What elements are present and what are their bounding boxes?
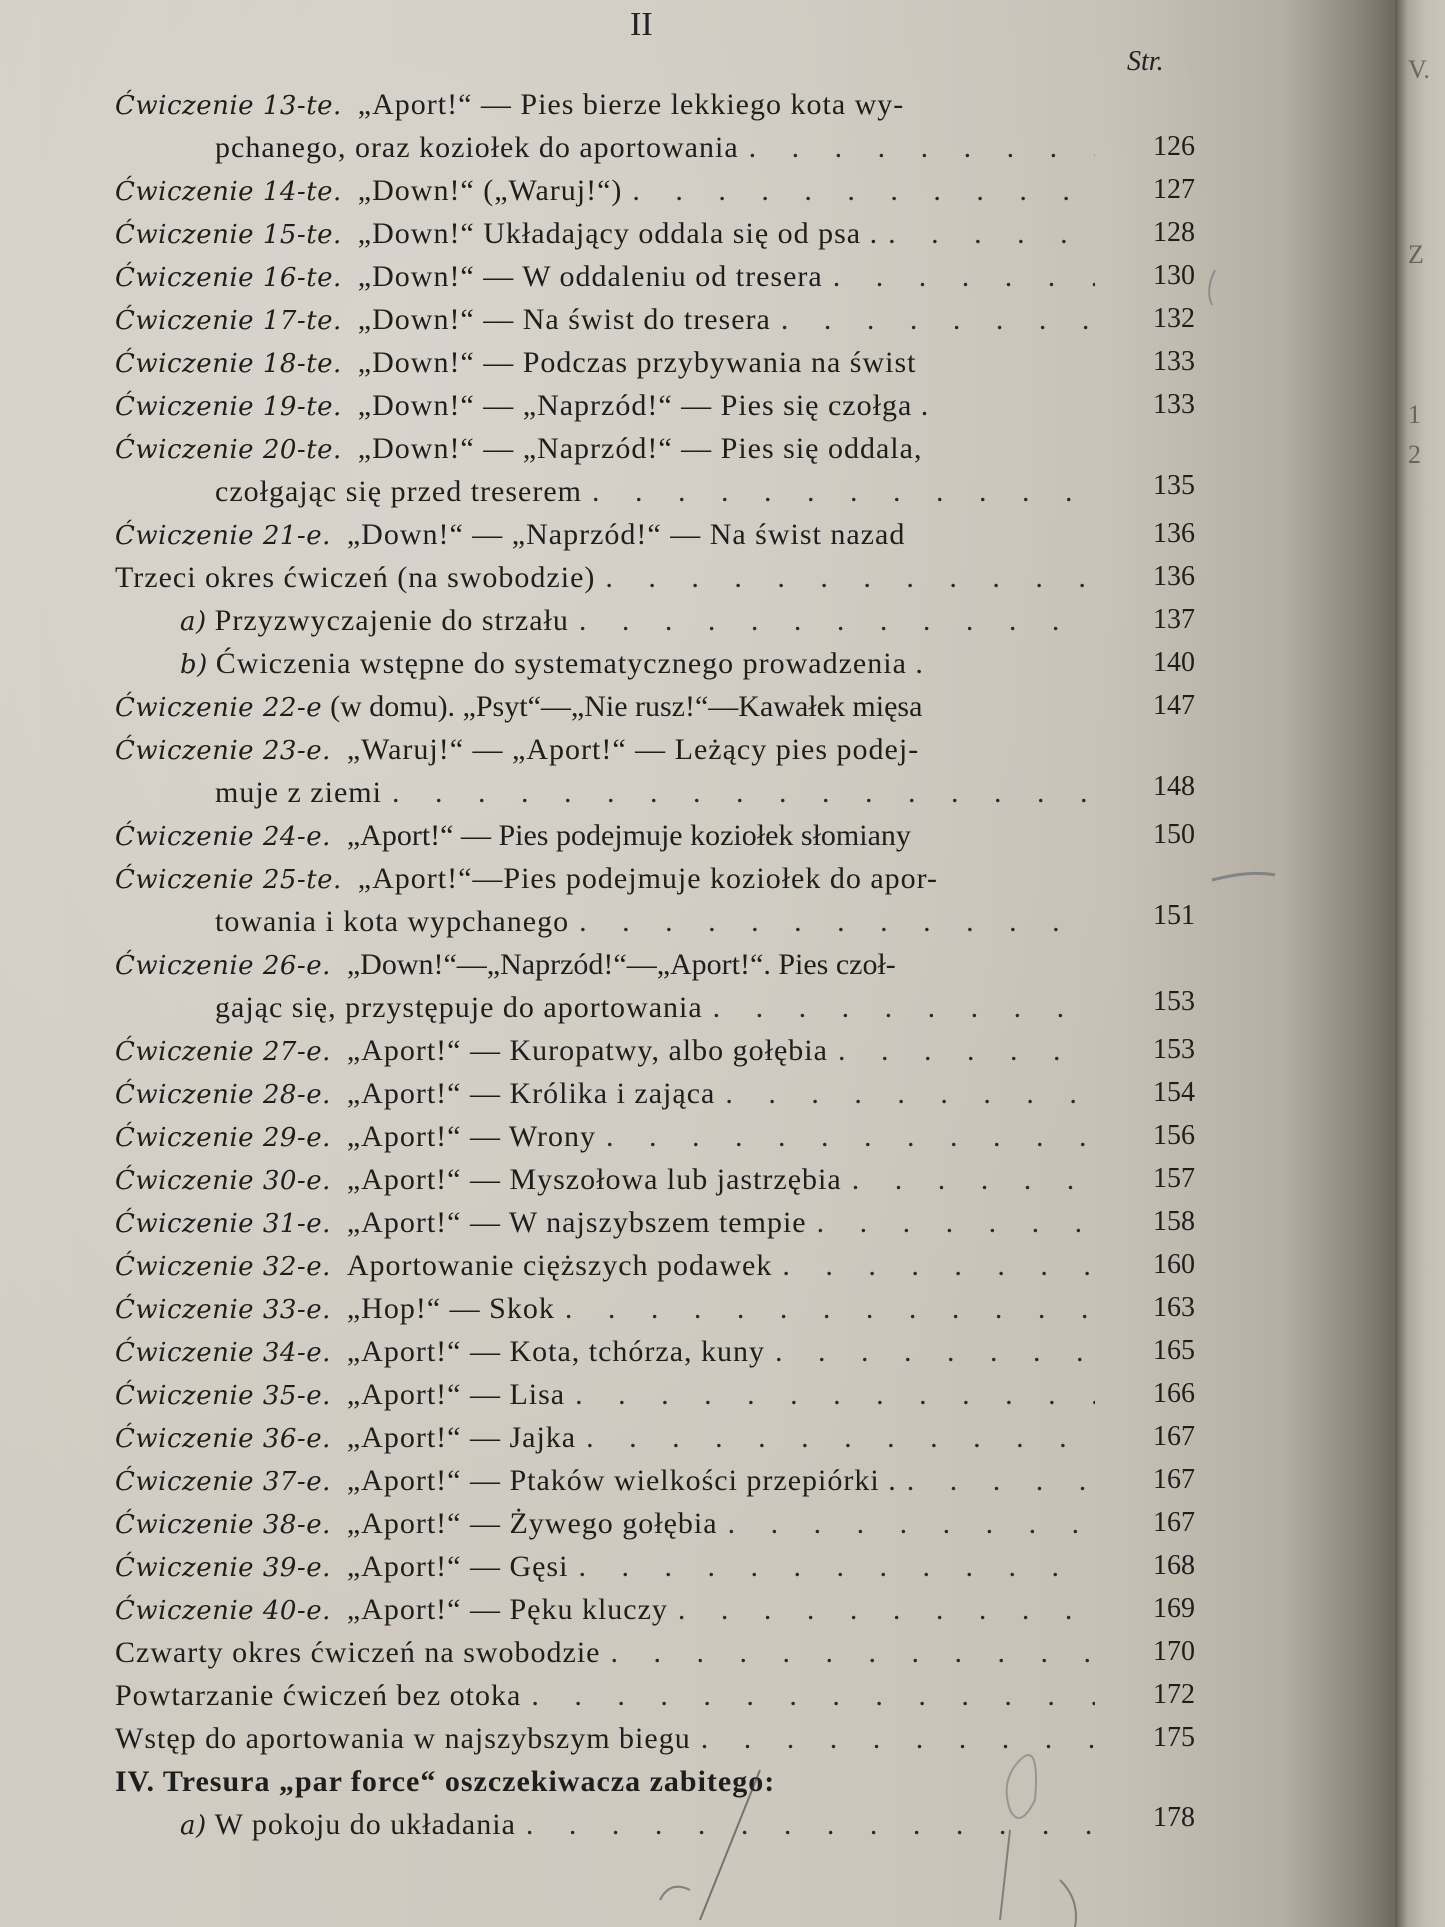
entry-title: „Aport!“ — Wrony: [347, 1120, 596, 1154]
toc-entry: IV. Tresura „par force“ oszczekiwacza za…: [115, 1765, 1200, 1808]
page-ref: 157: [1115, 1163, 1195, 1195]
dot-leader: [565, 1292, 1095, 1326]
dot-leader: [907, 1464, 1095, 1498]
chapter-title: IV. Tresura „par force“ oszczekiwacza za…: [115, 1765, 775, 1799]
entry-title: „Hop!“ — Skok: [347, 1292, 555, 1326]
exercise-label: Ćwiczenie 28-e.: [115, 1080, 331, 1110]
toc-entry: Ćwiczenie 40-e.„Aport!“ — Pęku kluczy 16…: [115, 1593, 1200, 1636]
entry-continuation: towania i kota wypchanego: [215, 905, 569, 939]
exercise-label: Ćwiczenie 37-e.: [115, 1467, 331, 1497]
entry-title: „Aport!“ — Królika i zająca: [347, 1077, 716, 1111]
page-ref: 136: [1115, 518, 1195, 550]
toc-entry: Ćwiczenie 28-e.„Aport!“ — Królika i zają…: [115, 1077, 1200, 1120]
dot-leader: [578, 1550, 1095, 1584]
toc-entry: Ćwiczenie 35-e.„Aport!“ — Lisa 166: [115, 1378, 1200, 1421]
page-ref: 148: [1115, 771, 1195, 803]
page-number-roman: II: [630, 6, 653, 44]
entry-title: „Down!“ — „Naprzód!“ — Pies się oddala,: [358, 432, 923, 466]
entry-title: „Down!“ — Na świst do tresera: [358, 303, 771, 337]
toc-entry: a)W pokoju do układania 178: [115, 1808, 1200, 1851]
page-ref: 169: [1115, 1593, 1195, 1625]
entry-title: „Aport!“ — Pęku kluczy: [347, 1593, 668, 1627]
entry-title: „Aport!“ — Jajka: [347, 1421, 576, 1455]
toc-entry: Ćwiczenie 39-e.„Aport!“ — Gęsi 168: [115, 1550, 1200, 1593]
dot-leader: [701, 1722, 1095, 1756]
page-ref: 127: [1115, 174, 1195, 206]
page-ref: 147: [1115, 690, 1195, 722]
toc-entry: Ćwiczenie 15-te.„Down!“ Układający oddal…: [115, 217, 1200, 260]
exercise-label: Ćwiczenie 26-e.: [115, 951, 331, 981]
dot-leader: [782, 1249, 1095, 1283]
toc-entry: Ćwiczenie 24-e.„Aport!“ — Pies podejmuje…: [115, 819, 1200, 862]
exercise-label: Ćwiczenie 33-e.: [115, 1295, 331, 1325]
entry-title: (w domu). „Psyt“—„Nie rusz!“—Kawałek mię…: [330, 690, 922, 724]
entry-title: „Aport!“ — Pies bierze lekkiego kota wy-: [358, 88, 905, 122]
entry-title: „Down!“ — W oddaleniu od tresera: [358, 260, 823, 294]
entry-title: „Aport!“ — Kuropatwy, albo gołębia: [347, 1034, 828, 1068]
page-ref: 163: [1115, 1292, 1195, 1324]
toc-entry: Ćwiczenie 25-te.„Aport!“—Pies podejmuje …: [115, 862, 1200, 948]
entry-title: „Aport!“ — Żywego gołębia: [347, 1507, 718, 1541]
exercise-label: Ćwiczenie 32-e.: [115, 1252, 331, 1282]
entry-title: „Down!“ — „Naprzód!“ — Pies się czołga .: [358, 389, 929, 423]
exercise-label: Ćwiczenie 18-te.: [115, 349, 342, 379]
next-page-fragment: Z: [1408, 240, 1424, 270]
page-ref: 167: [1115, 1507, 1195, 1539]
exercise-label: Ćwiczenie 39-e.: [115, 1553, 331, 1583]
exercise-label: Ćwiczenie 16-te.: [115, 263, 342, 293]
page-ref: 153: [1115, 986, 1195, 1018]
exercise-label: Ćwiczenie 34-e.: [115, 1338, 331, 1368]
table-of-contents: Ćwiczenie 13-te.„Aport!“ — Pies bierze l…: [115, 88, 1200, 1851]
entry-title: „Aport!“—Pies podejmuje koziołek do apor…: [358, 862, 938, 896]
section-title: Powtarzanie ćwiczeń bez otoka: [115, 1679, 521, 1713]
toc-entry: b)Ćwiczenia wstępne do systematycznego p…: [115, 647, 1200, 690]
page-ref: 140: [1115, 647, 1195, 679]
entry-title: Ćwiczenia wstępne do systematycznego pro…: [216, 647, 924, 681]
toc-entry: Ćwiczenie 29-e.„Aport!“ — Wrony 156: [115, 1120, 1200, 1163]
exercise-label: Ćwiczenie 38-e.: [115, 1510, 331, 1540]
dot-leader: [713, 991, 1095, 1025]
exercise-label: Ćwiczenie 35-e.: [115, 1381, 331, 1411]
dot-leader: [678, 1593, 1095, 1627]
page-ref: 151: [1115, 900, 1195, 932]
dot-leader: [586, 1421, 1095, 1455]
dot-leader: [838, 1034, 1095, 1068]
exercise-label: Ćwiczenie 22-e: [115, 693, 322, 723]
page-ref: 132: [1115, 303, 1195, 335]
page-ref: 135: [1115, 470, 1195, 502]
dot-leader: [888, 217, 1095, 251]
dot-leader: [392, 776, 1095, 810]
dot-leader: [575, 1378, 1095, 1412]
page-ref: 153: [1115, 1034, 1195, 1066]
section-title: Wstęp do aportowania w najszybszym biegu: [115, 1722, 691, 1756]
page-ref: 158: [1115, 1206, 1195, 1238]
page-ref: 156: [1115, 1120, 1195, 1152]
exercise-label: Ćwiczenie 15-te.: [115, 220, 342, 250]
entry-continuation: pchanego, oraz koziołek do aportowania: [215, 131, 739, 165]
page-ref: 130: [1115, 260, 1195, 292]
toc-entry: Ćwiczenie 34-e.„Aport!“ — Kota, tchórza,…: [115, 1335, 1200, 1378]
sub-label: b): [180, 650, 208, 680]
exercise-label: Ćwiczenie 31-e.: [115, 1209, 331, 1239]
entry-title: „Aport!“ — Pies podejmuje koziołek słomi…: [347, 819, 911, 853]
page-ref: 137: [1115, 604, 1195, 636]
toc-entry: Ćwiczenie 27-e.„Aport!“ — Kuropatwy, alb…: [115, 1034, 1200, 1077]
page-ref: 167: [1115, 1421, 1195, 1453]
section-title: Trzeci okres ćwiczeń (na swobodzie): [115, 561, 595, 595]
dot-leader: [605, 561, 1095, 595]
toc-entry: a)Przyzwyczajenie do strzału 137: [115, 604, 1200, 647]
entry-title: „Aport!“ — Gęsi: [347, 1550, 569, 1584]
exercise-label: Ćwiczenie 23-e.: [115, 736, 331, 766]
page-ref: 175: [1115, 1722, 1195, 1754]
entry-title: „Down!“—„Naprzód!“—„Aport!“. Pies czoł-: [347, 948, 896, 982]
toc-entry: Ćwiczenie 21-e.„Down!“ — „Naprzód!“ — Na…: [115, 518, 1200, 561]
entry-title: „Aport!“ — Kota, tchórza, kuny: [347, 1335, 765, 1369]
page-ref: 167: [1115, 1464, 1195, 1496]
page-ref: 160: [1115, 1249, 1195, 1281]
book-gutter: [1395, 0, 1445, 1927]
toc-entry: Ćwiczenie 13-te.„Aport!“ — Pies bierze l…: [115, 88, 1200, 174]
exercise-label: Ćwiczenie 17-te.: [115, 306, 342, 336]
entry-title: „Down!“ Układający oddala się od psa .: [358, 217, 878, 251]
toc-entry: Ćwiczenie 18-te.„Down!“ — Podczas przyby…: [115, 346, 1200, 389]
entry-title: Przyzwyczajenie do strzału: [215, 604, 569, 638]
page-ref: 178: [1115, 1802, 1195, 1834]
section-title: Czwarty okres ćwiczeń na swobodzie: [115, 1636, 601, 1670]
entry-title: „Aport!“ — Lisa: [347, 1378, 565, 1412]
dot-leader: [775, 1335, 1095, 1369]
exercise-label: Ćwiczenie 19-te.: [115, 392, 342, 422]
dot-leader: [749, 131, 1095, 165]
next-page-fragment: 1: [1408, 400, 1421, 430]
entry-continuation: czołgając się przed treserem: [215, 475, 582, 509]
toc-entry: Ćwiczenie 23-e.„Waruj!“ — „Aport!“ — Leż…: [115, 733, 1200, 819]
exercise-label: Ćwiczenie 21-e.: [115, 521, 331, 551]
toc-entry: Ćwiczenie 38-e.„Aport!“ — Żywego gołębia…: [115, 1507, 1200, 1550]
sub-label: a): [180, 1811, 207, 1841]
entry-title: W pokoju do układania: [215, 1808, 516, 1842]
toc-entry: Ćwiczenie 26-e.„Down!“—„Naprzód!“—„Aport…: [115, 948, 1200, 1034]
page-ref: 154: [1115, 1077, 1195, 1109]
entry-continuation: gając się, przystępuje do aportowania: [215, 991, 703, 1025]
toc-entry: Ćwiczenie 37-e.„Aport!“ — Ptaków wielkoś…: [115, 1464, 1200, 1507]
sub-label: a): [180, 607, 207, 637]
page-ref: 133: [1115, 389, 1195, 421]
toc-entry: Powtarzanie ćwiczeń bez otoka 172: [115, 1679, 1200, 1722]
dot-leader: [632, 174, 1095, 208]
entry-title: Aportowanie cięższych podawek: [347, 1249, 773, 1283]
toc-entry: Ćwiczenie 16-te.„Down!“ — W oddaleniu od…: [115, 260, 1200, 303]
dot-leader: [725, 1077, 1095, 1111]
exercise-label: Ćwiczenie 30-e.: [115, 1166, 331, 1196]
entry-continuation: muje z ziemi: [215, 776, 382, 810]
entry-title: „Down!“ („Waruj!“): [358, 174, 623, 208]
dot-leader: [579, 905, 1095, 939]
page-ref: 172: [1115, 1679, 1195, 1711]
dot-leader: [579, 604, 1095, 638]
page-column-header: Str.: [1127, 46, 1164, 78]
page-ref: 170: [1115, 1636, 1195, 1668]
dot-leader: [611, 1636, 1096, 1670]
dot-leader: [728, 1507, 1095, 1541]
toc-entry: Ćwiczenie 36-e.„Aport!“ — Jajka 167: [115, 1421, 1200, 1464]
page-ref: 126: [1115, 131, 1195, 163]
dot-leader: [526, 1808, 1095, 1842]
page-ref: 133: [1115, 346, 1195, 378]
next-page-fragment: V.: [1408, 55, 1430, 85]
page-ref: 166: [1115, 1378, 1195, 1410]
toc-entry: Ćwiczenie 33-e.„Hop!“ — Skok 163: [115, 1292, 1200, 1335]
exercise-label: Ćwiczenie 13-te.: [115, 91, 342, 121]
dot-leader: [531, 1679, 1095, 1713]
exercise-label: Ćwiczenie 14-te.: [115, 177, 342, 207]
dot-leader: [833, 260, 1095, 294]
entry-title: „Aport!“ — W najszybszem tempie: [347, 1206, 807, 1240]
next-page-fragment: 2: [1408, 440, 1421, 470]
toc-entry: Ćwiczenie 20-te.„Down!“ — „Naprzód!“ — P…: [115, 432, 1200, 518]
dot-leader: [817, 1206, 1095, 1240]
toc-entry: Ćwiczenie 30-e.„Aport!“ — Myszołowa lub …: [115, 1163, 1200, 1206]
page-ref: 150: [1115, 819, 1195, 851]
exercise-label: Ćwiczenie 40-e.: [115, 1596, 331, 1626]
toc-entry: Ćwiczenie 17-te.„Down!“ — Na świst do tr…: [115, 303, 1200, 346]
toc-entry: Czwarty okres ćwiczeń na swobodzie 170: [115, 1636, 1200, 1679]
toc-entry: Ćwiczenie 19-te.„Down!“ — „Naprzód!“ — P…: [115, 389, 1200, 432]
dot-leader: [606, 1120, 1095, 1154]
toc-entry: Ćwiczenie 31-e.„Aport!“ — W najszybszem …: [115, 1206, 1200, 1249]
page-ref: 128: [1115, 217, 1195, 249]
toc-entry: Ćwiczenie 22-e(w domu). „Psyt“—„Nie rusz…: [115, 690, 1200, 733]
exercise-label: Ćwiczenie 36-e.: [115, 1424, 331, 1454]
exercise-label: Ćwiczenie 29-e.: [115, 1123, 331, 1153]
dot-leader: [852, 1163, 1095, 1197]
entry-title: „Aport!“ — Ptaków wielkości przepiórki .: [347, 1464, 897, 1498]
book-page: II Str. Ćwiczenie 13-te.„Aport!“ — Pies …: [0, 0, 1395, 1927]
page-ref: 165: [1115, 1335, 1195, 1367]
entry-title: „Aport!“ — Myszołowa lub jastrzębia: [347, 1163, 842, 1197]
exercise-label: Ćwiczenie 27-e.: [115, 1037, 331, 1067]
entry-title: „Down!“ — „Naprzód!“ — Na świst nazad: [347, 518, 905, 552]
dot-leader: [781, 303, 1095, 337]
toc-entry: Wstęp do aportowania w najszybszym biegu…: [115, 1722, 1200, 1765]
toc-entry: Ćwiczenie 14-te.„Down!“ („Waruj!“) 127: [115, 174, 1200, 217]
entry-title: „Waruj!“ — „Aport!“ — Leżący pies podej-: [347, 733, 919, 767]
toc-entry: Trzeci okres ćwiczeń (na swobodzie) 136: [115, 561, 1200, 604]
dot-leader: [592, 475, 1095, 509]
entry-title: „Down!“ — Podczas przybywania na świst: [358, 346, 917, 380]
toc-entry: Ćwiczenie 32-e.Aportowanie cięższych pod…: [115, 1249, 1200, 1292]
exercise-label: Ćwiczenie 25-te.: [115, 865, 342, 895]
page-ref: 168: [1115, 1550, 1195, 1582]
exercise-label: Ćwiczenie 24-e.: [115, 822, 331, 852]
page-ref: 136: [1115, 561, 1195, 593]
exercise-label: Ćwiczenie 20-te.: [115, 435, 342, 465]
